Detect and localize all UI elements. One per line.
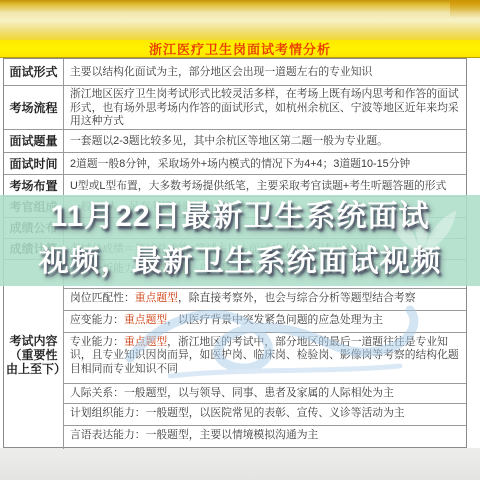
item-text: ，以与领导、同事、患者及家属的人际相处为主: [167, 387, 394, 399]
row-content: U型或L型布置，大多数考场提供纸笔，主要采取考官读题+考生听题答题的形式: [64, 175, 466, 196]
table-row: 面试题量 一套题以2-3题比较多见，其中余杭区等地区第二题一般为专业题。: [4, 129, 466, 152]
item-name: 应变能力：: [70, 314, 124, 326]
row-text: 2道题一般8分钟，采取场外+场内模式的情况下为4+4；3道题10-15分钟: [70, 158, 410, 172]
item-type-tag: 重点题型: [124, 336, 167, 348]
golden-header-band: [0, 0, 480, 40]
exam-content-item: 专业能力：重点题型，浙江地区的考试中，部分地区的最后一道题往往是专业知识，且专业…: [64, 332, 466, 384]
exam-content-items: 综合分析能力：重点题型，以领导人讲话等名言警句为重点，以就医…… 岗位匹配性：重…: [64, 260, 466, 449]
teal-overlay-band: [0, 195, 480, 286]
page-title: 浙江医疗卫生岗面试考情分析: [149, 39, 331, 58]
row-content: 2道题一般8分钟，采取场外+场内模式的情况下为4+4；3道题10-15分钟: [64, 153, 466, 174]
group-label: 考试内容（重要性由上至下）: [4, 260, 64, 449]
table-row: 考场流程 浙江地区医疗卫生岗考试形式比较灵活多样，在考场上既有场内思考和作答的面…: [4, 85, 466, 129]
exam-content-item: 应变能力：重点题型，以医疗背景中突发紧急问题的应急处理为主: [64, 310, 466, 332]
item-text: ，以医疗背景中突发紧急问题的应急处理为主: [167, 314, 383, 326]
item-type-tag: 一般题型: [146, 407, 189, 419]
exam-content-group: 考试内容（重要性由上至下） 综合分析能力：重点题型，以领导人讲话等名言警句为重点…: [4, 259, 466, 449]
row-content: 浙江地区医疗卫生岗考试形式比较灵活多样，在考场上既有场内思考和作答的面试形式，也…: [64, 86, 466, 129]
item-name: 计划组织能力：: [70, 407, 146, 419]
item-type-tag: 一般题型: [146, 429, 189, 441]
row-label: 面试题量: [4, 130, 64, 152]
row-content: 主要以结构化面试为主，部分地区会出现一道题左右的专业知识: [64, 59, 466, 85]
row-text: 主要以结构化面试为主，部分地区会出现一道题左右的专业知识: [70, 66, 372, 80]
row-text: 一套题以2-3题比较多见，其中余杭区等地区第二题一般为专业题。: [70, 135, 388, 149]
item-name: 人际关系：: [70, 387, 124, 399]
lotus-watermark-icon: [382, 197, 462, 257]
row-text: U型或L型布置，大多数考场提供纸笔，主要采取考官读题+考生听题答题的形式: [70, 180, 446, 194]
item-text: ，主要以情境模拟沟通为主: [189, 429, 319, 441]
table-row: 面试形式 主要以结构化面试为主，部分地区会出现一道题左右的专业知识: [4, 59, 466, 85]
row-label: 考场流程: [4, 86, 64, 129]
item-text: ，除直接考察外，也会与综合分析等题型结合考察: [178, 292, 416, 304]
item-name: 言语表达能力：: [70, 429, 146, 441]
item-type-tag: 重点题型: [135, 292, 178, 304]
item-type-tag: 一般题型: [124, 387, 167, 399]
item-name: 专业能力：: [70, 336, 124, 348]
row-content: 一套题以2-3题比较多见，其中余杭区等地区第二题一般为专业题。: [64, 130, 466, 152]
exam-content-item: 言语表达能力：一般题型，主要以情境模拟沟通为主: [64, 425, 466, 449]
row-text: 浙江地区医疗卫生岗考试形式比较灵活多样，在考场上既有场内思考和作答的面试形式，也…: [70, 88, 460, 129]
table-row: 面试时间 2道题一般8分钟，采取场外+场内模式的情况下为4+4；3道题10-15…: [4, 152, 466, 174]
row-label: 面试形式: [4, 59, 64, 85]
item-text: ，以医院常见的表彰、宣传、义诊等活动为主: [189, 407, 405, 419]
item-type-tag: 重点题型: [124, 314, 167, 326]
exam-content-item: 计划组织能力：一般题型，以医院常见的表彰、宣传、义诊等活动为主: [64, 403, 466, 425]
row-label: 考场布置: [4, 175, 64, 196]
row-label: 面试时间: [4, 153, 64, 174]
exam-content-item: 岗位匹配性：重点题型，除直接考察外，也会与综合分析等题型结合考察: [64, 288, 466, 310]
infographic-page: 浙江医疗卫生岗面试考情分析 面试形式 主要以结构化面试为主，部分地区会出现一道题…: [0, 0, 480, 480]
table-row: 考场布置 U型或L型布置，大多数考场提供纸笔，主要采取考官读题+考生听题答题的形…: [4, 174, 466, 196]
footer-band: [0, 448, 480, 480]
title-banner: 浙江医疗卫生岗面试考情分析: [0, 40, 480, 58]
exam-content-item: 人际关系：一般题型，以与领导、同事、患者及家属的人际相处为主: [64, 383, 466, 403]
item-name: 岗位匹配性：: [70, 292, 135, 304]
